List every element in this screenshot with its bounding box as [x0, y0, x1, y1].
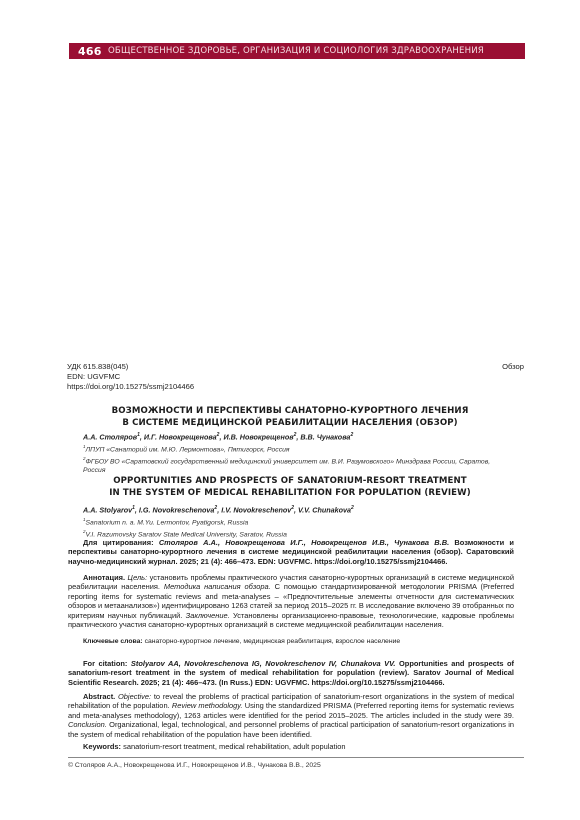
author-name: А.А. Столяров: [83, 432, 137, 441]
title-en-line1: OPPORTUNITIES AND PROSPECTS OF SANATORIU…: [60, 475, 520, 487]
affiliation-marker: 2: [350, 432, 353, 438]
affiliations-en: 1Sanatorium n. a. M.Yu. Lermontov, Pyati…: [83, 516, 513, 540]
keywords-ru: Ключевые слова: санаторно-курортное лече…: [68, 637, 514, 646]
article-metadata: УДК 615.838(045) EDN: UGVFMC https://doi…: [67, 362, 194, 392]
abstract-en: Abstract. Objective: to reveal the probl…: [68, 692, 514, 739]
citation-ru-authors: Столяров А.А., Новокрещенова И.Г., Новок…: [159, 538, 449, 547]
citation-en-authors: Stolyarov AA, Novokreschenova IG, Novokr…: [131, 659, 396, 668]
footer-divider: [68, 757, 524, 758]
keywords-ru-text: санаторно-курортное лечение, медицинская…: [145, 638, 401, 645]
citation-en: For citation: Stolyarov AA, Novokreschen…: [68, 659, 514, 687]
authors-en: A.A. Stolyarov1, I.G. Novokreschenova2, …: [83, 505, 354, 514]
title-ru-line2: В СИСТЕМЕ МЕДИЦИНСКОЙ РЕАБИЛИТАЦИИ НАСЕЛ…: [60, 417, 520, 429]
affiliation-marker: 1: [137, 432, 140, 438]
title-en-line2: IN THE SYSTEM OF MEDICAL REHABILITATION …: [60, 487, 520, 499]
abstract-ru-goal-label: Цель:: [128, 573, 148, 582]
affiliation-marker: 2: [214, 505, 217, 511]
affiliation-marker: 2: [351, 505, 354, 511]
running-header: 466 ОБЩЕСТВЕННОЕ ЗДОРОВЬЕ, ОРГАНИЗАЦИЯ И…: [69, 43, 525, 59]
author-name: I.G. Novokreschenova: [139, 505, 215, 514]
author-name: A.A. Stolyarov: [83, 505, 132, 514]
abstract-en-goal-label: Objective:: [118, 692, 151, 701]
title-ru-line1: ВОЗМОЖНОСТИ И ПЕРСПЕКТИВЫ САНАТОРНО-КУРО…: [60, 405, 520, 417]
keywords-en: Keywords: sanatorium-resort treatment, m…: [68, 742, 514, 751]
keywords-en-text: sanatorium-resort treatment, medical reh…: [123, 742, 345, 751]
affiliation-marker: 2: [217, 432, 220, 438]
abstract-en-label: Abstract.: [83, 692, 115, 701]
citation-en-label: For citation:: [83, 659, 127, 668]
author-name: И.В. Новокрещенов: [223, 432, 293, 441]
abstract-en-conclusion: Organizational, legal, technological, an…: [68, 720, 514, 738]
citation-ru-label: Для цитирования:: [83, 538, 154, 547]
journal-section-title: ОБЩЕСТВЕННОЕ ЗДОРОВЬЕ, ОРГАНИЗАЦИЯ И СОЦ…: [108, 46, 484, 56]
citation-ru: Для цитирования: Столяров А.А., Новокрещ…: [68, 538, 514, 566]
keywords-en-label: Keywords:: [83, 742, 121, 751]
copyright-notice: © Столяров А.А., Новокрещенова И.Г., Нов…: [68, 762, 321, 769]
doi-link[interactable]: https://doi.org/10.15275/ssmj2104466: [67, 382, 194, 392]
article-type: Обзор: [502, 362, 524, 371]
abstract-en-conclusion-label: Conclusion.: [68, 720, 107, 729]
title-ru: ВОЗМОЖНОСТИ И ПЕРСПЕКТИВЫ САНАТОРНО-КУРО…: [60, 405, 520, 429]
author-name: V.V. Chunakova: [298, 505, 351, 514]
abstract-ru: Аннотация. Цель: установить проблемы пра…: [68, 573, 514, 629]
edn-code: EDN: UGVFMC: [67, 372, 194, 382]
affiliation-item: 2ФГБОУ ВО «Саратовский государственный м…: [83, 455, 513, 476]
abstract-ru-conclusion-label: Заключение.: [186, 611, 230, 620]
affiliation-item: 1ЛПУП «Санаторий им. М.Ю. Лермонтова», П…: [83, 443, 513, 455]
authors-ru: А.А. Столяров1, И.Г. Новокрещенова2, И.В…: [83, 432, 353, 441]
affiliation-item: 1Sanatorium n. a. M.Yu. Lermontov, Pyati…: [83, 516, 513, 528]
author-name: И.Г. Новокрещенова: [144, 432, 217, 441]
abstract-ru-label: Аннотация.: [83, 573, 125, 582]
affiliation-marker: 1: [132, 505, 135, 511]
affiliations-ru: 1ЛПУП «Санаторий им. М.Ю. Лермонтова», П…: [83, 443, 513, 476]
keywords-ru-label: Ключевые слова:: [83, 638, 143, 645]
page-number: 466: [78, 45, 108, 58]
abstract-ru-method-label: Методика написания обзора.: [164, 582, 271, 591]
author-name: В.В. Чунакова: [300, 432, 350, 441]
author-name: I.V. Novokreschenov: [221, 505, 291, 514]
affiliation-marker: 2: [291, 505, 294, 511]
affiliation-marker: 2: [294, 432, 297, 438]
abstract-en-method-label: Review methodology.: [172, 701, 243, 710]
title-en: OPPORTUNITIES AND PROSPECTS OF SANATORIU…: [60, 475, 520, 499]
udc-code: УДК 615.838(045): [67, 362, 194, 372]
